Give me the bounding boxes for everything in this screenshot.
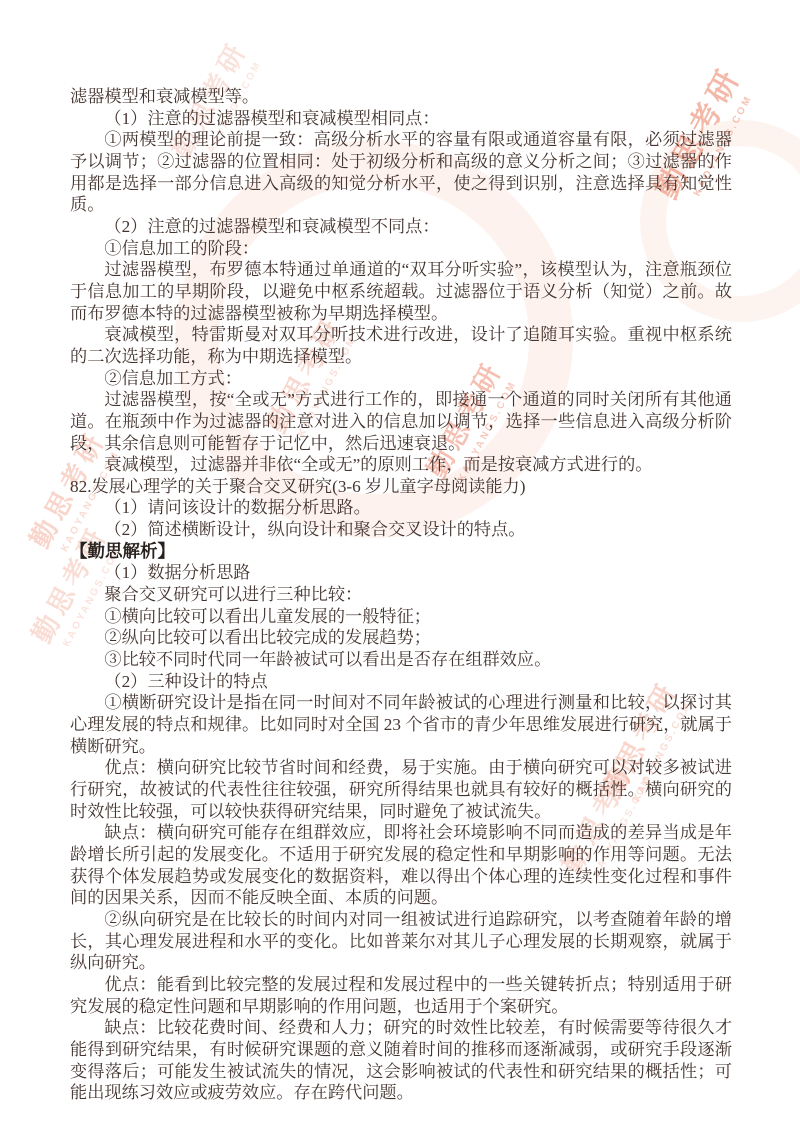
comparison-1: ①横向比较可以看出儿童发展的一般特征； <box>70 606 732 628</box>
cross-sectional-def: ①横断研究设计是指在同一时间对不同年龄被试的心理进行测量和比较，以探讨其心理发展… <box>70 692 732 757</box>
question-82-title: 82.发展心理学的关于聚合交叉研究(3-6 岁儿童字母阅读能力) <box>70 476 732 498</box>
filter-model-stage: 过滤器模型，布罗德本特通过单通道的“双耳分听实验”，该模型认为，注意瓶颈位于信息… <box>70 259 732 324</box>
longitudinal-def: ②纵向研究是在比较长的时间内对同一组被试进行追踪研究，以考查随着年龄的增长，其心… <box>70 909 732 974</box>
question-82-sub2: （2）简述横断设计，纵向设计和聚合交叉设计的特点。 <box>70 519 732 541</box>
same-points-body: ①两模型的理论前提一致：高级分析水平的容量有限或通道容量有限，必须过滤器予以调节… <box>70 129 732 216</box>
diff-stage-heading: ①信息加工的阶段： <box>70 238 732 260</box>
longitudinal-pros: 优点：能看到比较完整的发展过程和发展过程中的一些关键转折点；特别适用于研究发展的… <box>70 974 732 1017</box>
continuation-line: 滤器模型和衰减模型等。 <box>70 86 732 108</box>
document-body: 滤器模型和衰减模型等。（1）注意的过滤器模型和衰减模型相同点：①两模型的理论前提… <box>70 86 732 1104</box>
diff-points-heading: （2）注意的过滤器模型和衰减模型不同点： <box>70 216 732 238</box>
three-comparisons-intro: 聚合交叉研究可以进行三种比较： <box>70 584 732 606</box>
cross-sectional-cons: 缺点：横向研究可能存在组群效应，即将社会环境影响不同而造成的差异当成是年龄增长所… <box>70 822 732 909</box>
comparison-2: ②纵向比较可以看出比较完成的发展趋势； <box>70 627 732 649</box>
document-page: 勤思考研 KAOYANGS.COM 勤思考研 KAOYANGS.COM 勤思考研… <box>0 0 800 1126</box>
comparison-3: ③比较不同时代同一年龄被试可以看出是否存在组群效应。 <box>70 649 732 671</box>
diff-mode-heading: ②信息加工方式： <box>70 368 732 390</box>
attenuation-model-stage: 衰减模型，特雷斯曼对双耳分听技术进行改进，设计了追随耳实验。重视中枢系统的二次选… <box>70 324 732 367</box>
question-82-sub1: （1）请问该设计的数据分析思路。 <box>70 497 732 519</box>
cross-sectional-pros: 优点：横向研究比较节省时间和经费，易于实施。由于横向研究可以对较多被试进行研究，… <box>70 757 732 822</box>
attenuation-model-mode: 衰减模型，过滤器并非依“全或无”的原则工作，而是按衰减方式进行的。 <box>70 454 732 476</box>
analysis-part2-heading: （2）三种设计的特点 <box>70 671 732 693</box>
longitudinal-cons: 缺点：比较花费时间、经费和人力；研究的时效性比较差，有时候需要等待很久才能得到研… <box>70 1017 732 1104</box>
same-points-heading: （1）注意的过滤器模型和衰减模型相同点： <box>70 108 732 130</box>
analysis-header: 【勤思解析】 <box>70 541 732 563</box>
analysis-part1-heading: （1）数据分析思路 <box>70 562 732 584</box>
filter-model-mode: 过滤器模型，按“全或无”方式进行工作的，即接通一个通道的同时关闭所有其他通道。在… <box>70 389 732 454</box>
